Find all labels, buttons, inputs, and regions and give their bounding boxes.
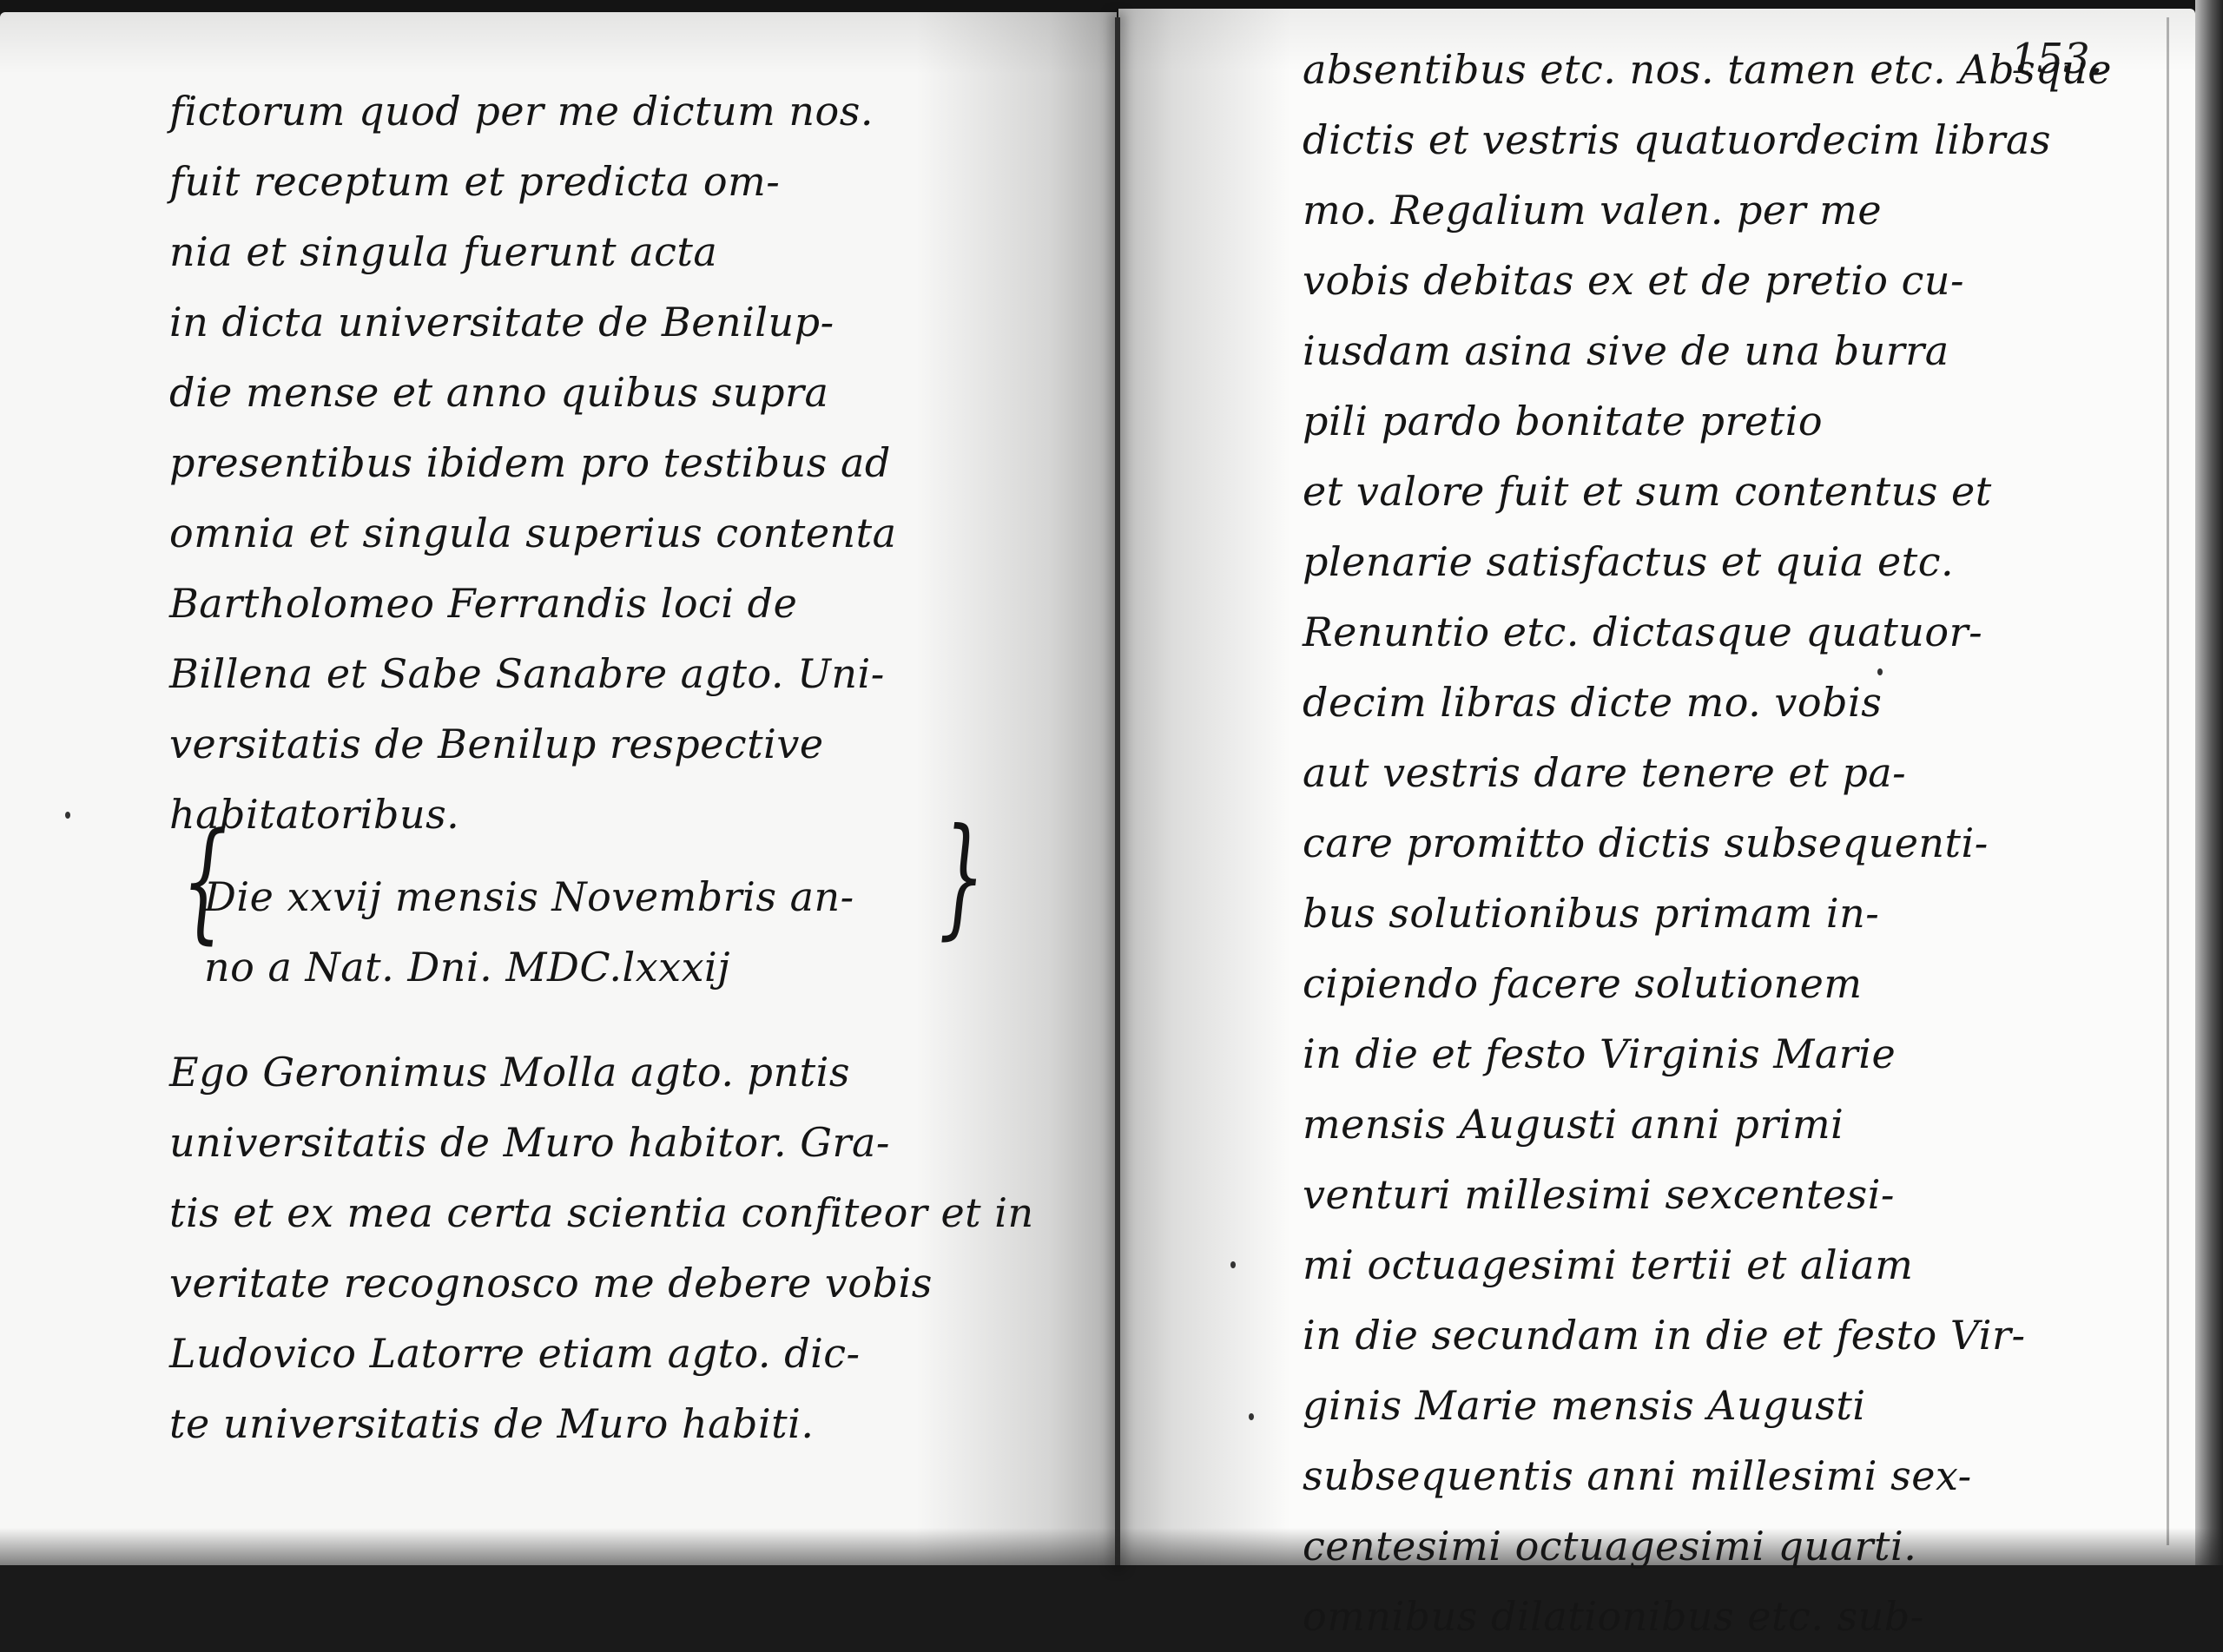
ink-speck [1249,1413,1254,1420]
left-bracket-flourish: { [181,816,227,946]
text-line: subsequentis anni millesimi sex- [1303,1441,2127,1511]
text-line: habitatoribus. [169,780,1038,850]
text-line: mensis Augusti anni primi [1303,1089,2127,1160]
text-line: Renuntio etc. dictasque quatuor- [1303,597,2127,668]
text-line: bus solutionibus primam in- [1303,879,2127,949]
text-line: versitatis de Benilup respective [169,709,1038,780]
text-line: die mense et anno quibus supra [169,358,1038,428]
entry-date-line: Die xxvij mensis Novembris an- [169,862,1038,932]
text-line: omnia et singula superius contenta [169,498,1038,569]
text-line: absentibus etc. nos. tamen etc. Absque [1303,35,2127,105]
text-line: fuit receptum et predicta om- [169,147,1038,217]
text-line: in dicta universitate de Benilup- [169,287,1038,358]
text-line: Bartholomeo Ferrandis loci de [169,569,1038,639]
text-line: fictorum quod per me dictum nos. [169,76,1038,147]
text-line: veritate recognosco me debere vobis [169,1248,1038,1319]
text-line: pili pardo bonitate pretio [1303,386,2127,457]
ink-speck [1230,1261,1236,1268]
text-line: Billena et Sabe Sanabre agto. Uni- [169,639,1038,709]
binding-edge [2195,0,2223,1565]
entry-date-line: no a Nat. Dni. MDC.lxxxij [169,932,1038,1003]
text-line: tis et ex mea certa scientia confiteor e… [169,1178,1038,1248]
text-line: te universitatis de Muro habiti. [169,1389,1038,1459]
text-line: iusdam asina sive de una burra [1303,316,2127,386]
text-line: mi octuagesimi tertii et aliam [1303,1230,2127,1300]
text-line: venturi millesimi sexcentesi- [1303,1160,2127,1230]
text-line: Ludovico Latorre etiam agto. dic- [169,1319,1038,1389]
text-line: vobis debitas ex et de pretio cu- [1303,246,2127,316]
ink-speck [65,812,70,819]
text-line: cipiendo facere solutionem [1303,949,2127,1019]
text-line: et valore fuit et sum contentus et [1303,457,2127,527]
right-bracket-flourish: } [939,812,984,942]
text-line: nia et singula fuerunt acta [169,217,1038,287]
ink-speck [1877,668,1883,675]
text-line: decim libras dicte mo. vobis [1303,668,2127,738]
right-page-text: absentibus etc. nos. tamen etc. Absque d… [1303,35,2127,1565]
text-line: in die et festo Virginis Marie [1303,1019,2127,1089]
text-line: universitatis de Muro habitor. Gra- [169,1108,1038,1178]
text-line: in die secundam in die et festo Vir- [1303,1300,2127,1371]
text-line: Ego Geronimus Molla agto. pntis [169,1037,1038,1108]
text-line: care promitto dictis subsequenti- [1303,808,2127,879]
book-gutter [1115,17,1120,1565]
text-line: dictis et vestris quatuordecim libras [1303,105,2127,175]
left-page-text: fictorum quod per me dictum nos. fuit re… [169,76,1038,1459]
text-line: plenarie satisfactus et quia etc. [1303,527,2127,597]
text-line: presentibus ibidem pro testibus ad [169,428,1038,498]
text-line: aut vestris dare tenere et pa- [1303,738,2127,808]
text-line: centesimi octuagesimi quarti. [1303,1511,2127,1565]
manuscript-spread: fictorum quod per me dictum nos. fuit re… [0,0,2223,1565]
text-line: mo. Regalium valen. per me [1303,175,2127,246]
text-line: ginis Marie mensis Augusti [1303,1371,2127,1441]
page-edge-line [2167,17,2169,1545]
